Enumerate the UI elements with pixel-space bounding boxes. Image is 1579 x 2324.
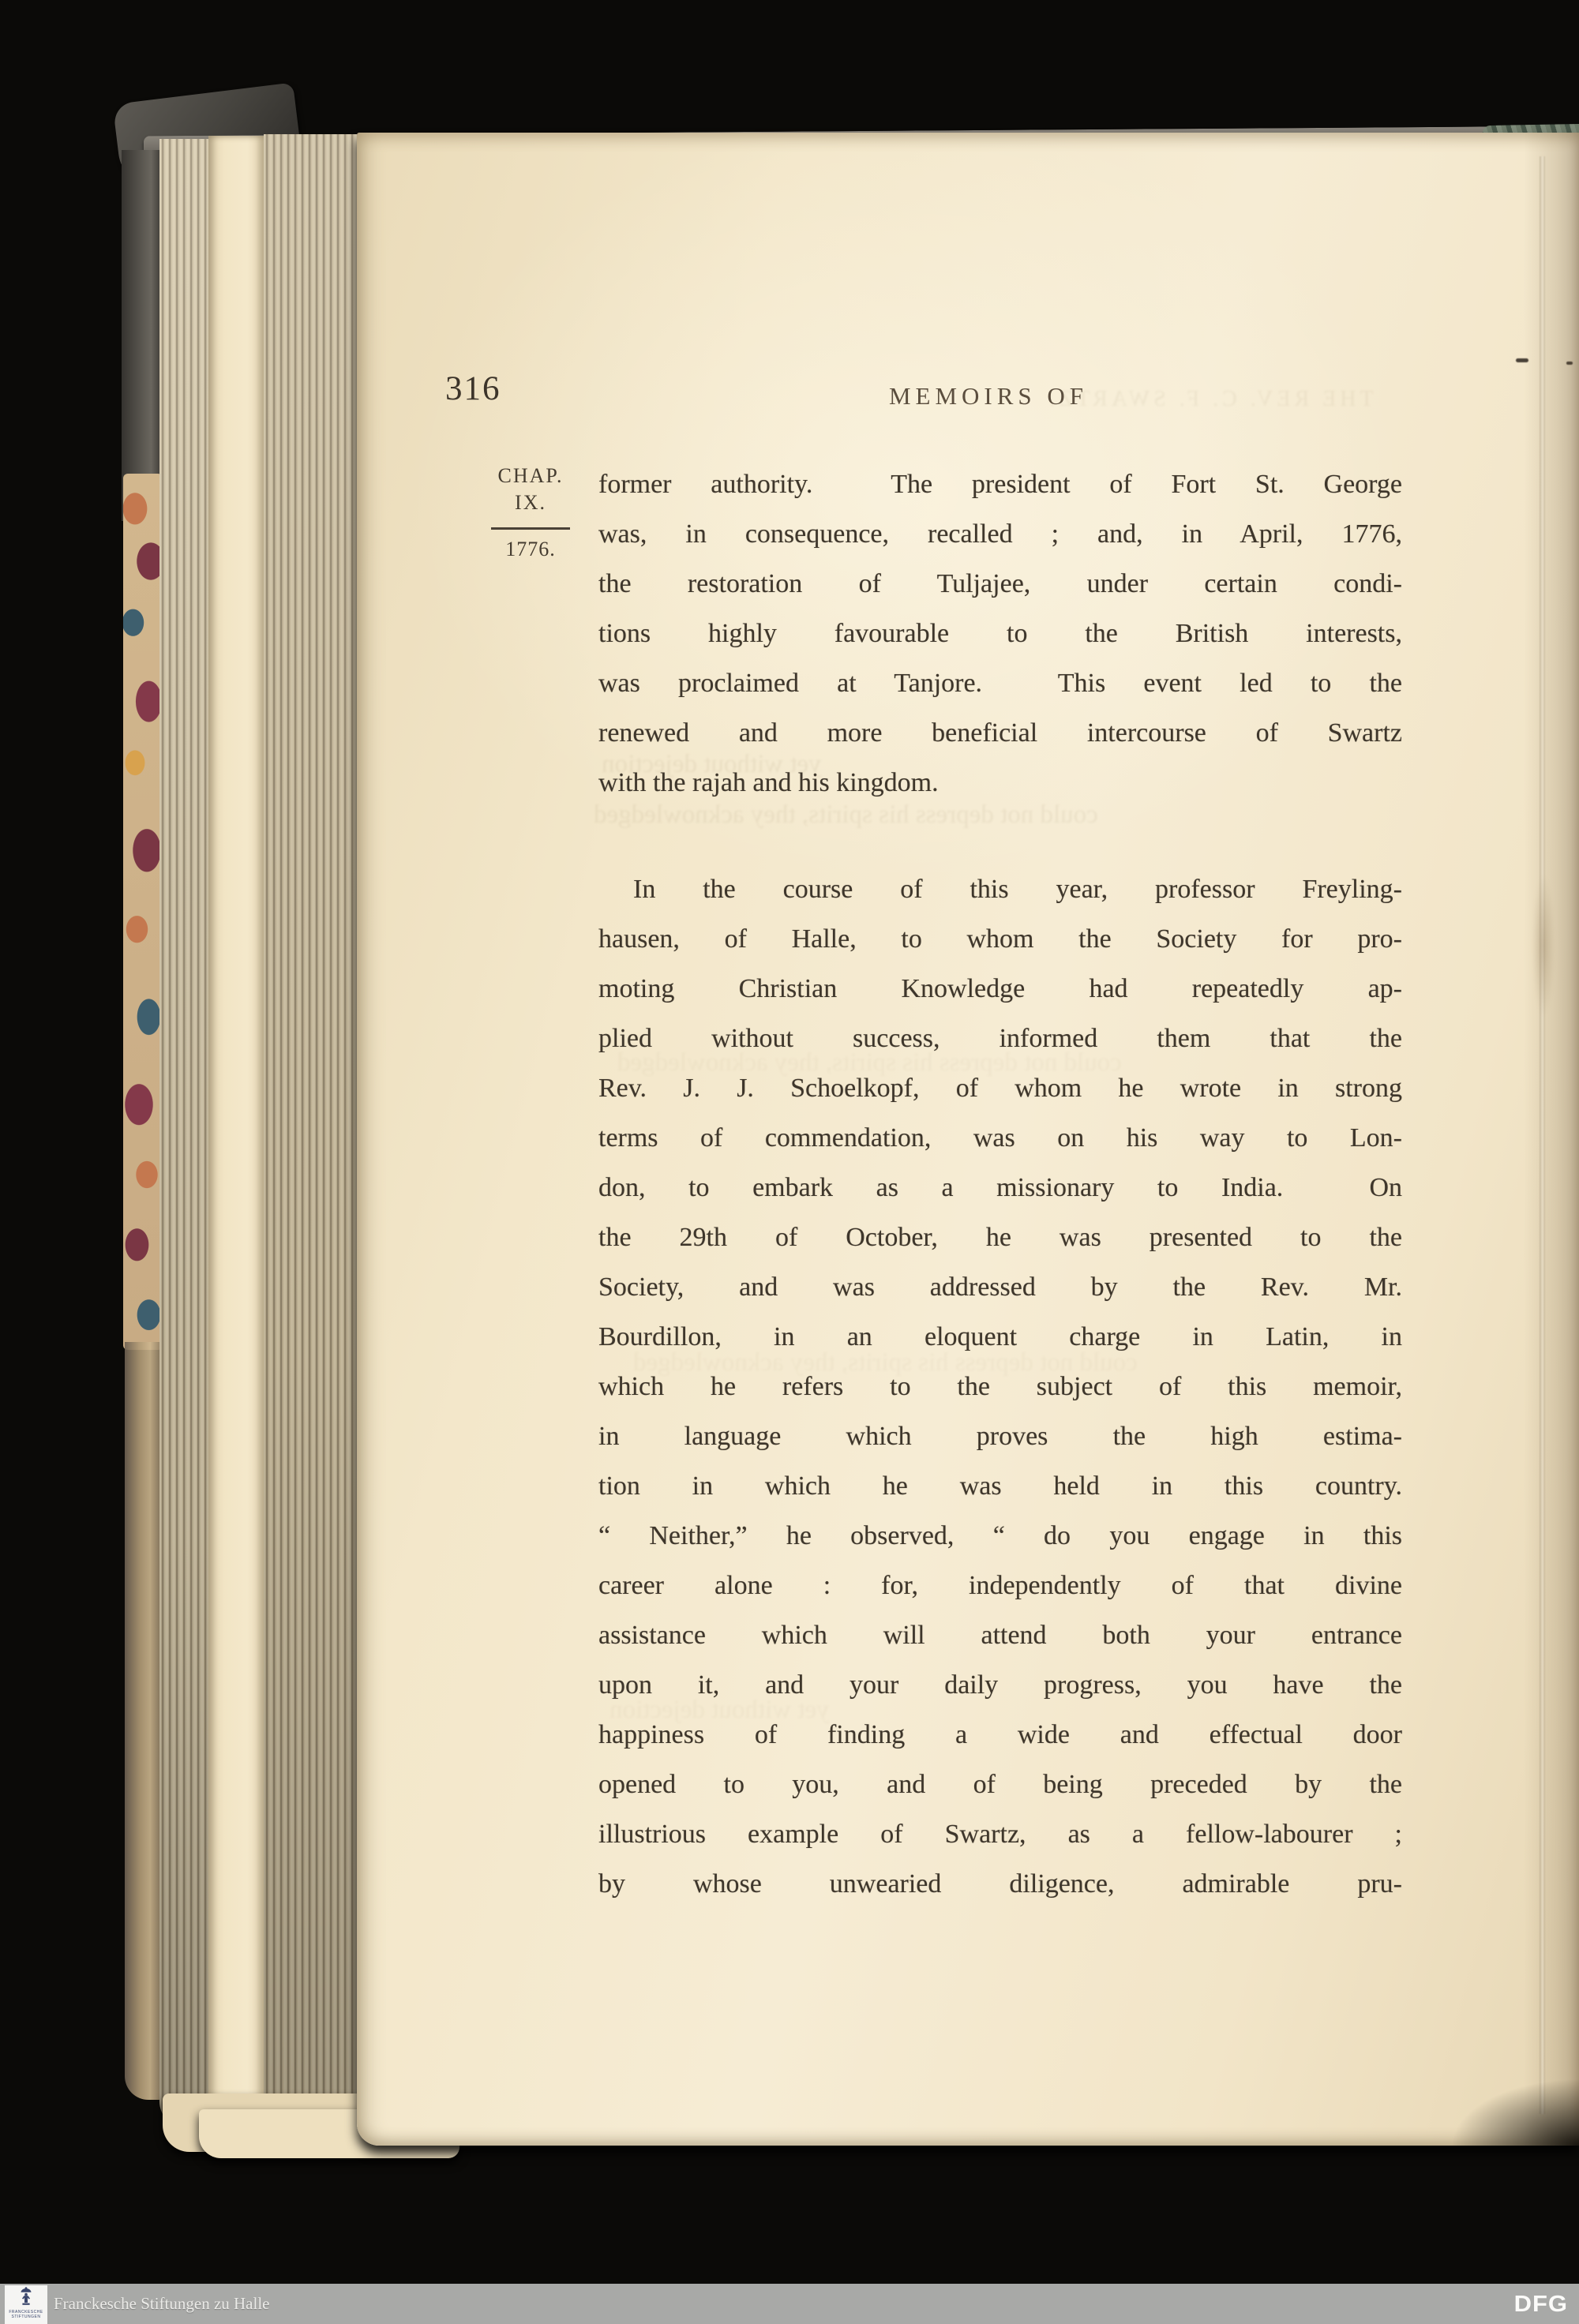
page-number: 316 (445, 369, 501, 408)
book-page: THE REV. C. F. SWARTZ. yet without dejec… (357, 133, 1579, 2146)
text-line: happiness of finding a wide and effectua… (598, 1710, 1402, 1760)
text-line: don, to embark as a missionary to India.… (598, 1163, 1402, 1213)
text-line: was proclaimed at Tanjore. This event le… (598, 658, 1402, 708)
turned-page-surface (208, 136, 264, 2139)
text-line: plied without success, informed them tha… (598, 1014, 1402, 1063)
book-cover-spine-edge (122, 150, 161, 521)
text-line: Rev. J. J. Schoelkopf, of whom he wrote … (598, 1063, 1402, 1113)
franckesche-logo-caption: STIFTUNGEN (12, 2315, 41, 2319)
institution-name: Franckesche Stiftungen zu Halle (54, 2284, 270, 2324)
paragraph: In the course of this year, professor Fr… (598, 864, 1402, 1909)
body-text: former authority. The president of Fort … (598, 459, 1402, 1909)
text-line: was, in consequence, recalled ; and, in … (598, 509, 1402, 559)
text-line: former authority. The president of Fort … (598, 459, 1402, 509)
text-line: career alone : for, independently of tha… (598, 1561, 1402, 1610)
text-line: illustrious example of Swartz, as a fell… (598, 1809, 1402, 1859)
text-line: which he refers to the subject of this m… (598, 1362, 1402, 1411)
gutter-corner-shadow (1397, 2043, 1579, 2146)
text-line: terms of commendation, was on his way to… (598, 1113, 1402, 1163)
text-line: Bourdillon, in an eloquent charge in Lat… (598, 1312, 1402, 1362)
paragraph: former authority. The president of Fort … (598, 459, 1402, 808)
text-line: assistance which will attend both your e… (598, 1610, 1402, 1660)
margin-note-year: 1776. (475, 538, 586, 561)
margin-note-rule (491, 527, 570, 530)
franckesche-statue-icon (18, 2287, 34, 2310)
gutter-shadow (1524, 133, 1579, 2146)
text-line: the 29th of October, he was presented to… (598, 1213, 1402, 1262)
text-line: Society, and was addressed by the Rev. M… (598, 1262, 1402, 1312)
marbled-cover-edge (123, 474, 163, 1350)
margin-note: CHAP. IX. 1776. (475, 463, 586, 561)
scan-viewport: THE REV. C. F. SWARTZ. yet without dejec… (0, 0, 1579, 2324)
text-line: tion in which he was held in this countr… (598, 1461, 1402, 1511)
running-head: MEMOIRS OF (838, 382, 1138, 410)
text-line: In the course of this year, professor Fr… (598, 864, 1402, 914)
text-line: renewed and more beneficial intercourse … (598, 708, 1402, 758)
text-line: the restoration of Tuljajee, under certa… (598, 559, 1402, 609)
book-cover-lower-edge (125, 1342, 161, 2100)
page-edges-stack-outer (159, 139, 208, 2128)
text-line: moting Christian Knowledge had repeatedl… (598, 964, 1402, 1014)
text-line: tions highly favourable to the British i… (598, 609, 1402, 658)
text-line: by whose unwearied diligence, admirable … (598, 1859, 1402, 1909)
text-line: hausen, of Halle, to whom the Society fo… (598, 914, 1402, 964)
text-line: “ Neither,” he observed, “ do you engage… (598, 1511, 1402, 1561)
franckesche-logo: FRANCKESCHE STIFTUNGEN (5, 2285, 47, 2324)
text-line: opened to you, and of being preceded by … (598, 1760, 1402, 1809)
page-edges-stack-inner (264, 134, 357, 2142)
dfg-logo: DFG (1514, 2291, 1568, 2317)
chapter-label: CHAP. (475, 463, 586, 489)
chapter-numeral: IX. (475, 489, 586, 516)
text-line: in language which proves the high estima… (598, 1411, 1402, 1461)
text-line: upon it, and your daily progress, you ha… (598, 1660, 1402, 1710)
